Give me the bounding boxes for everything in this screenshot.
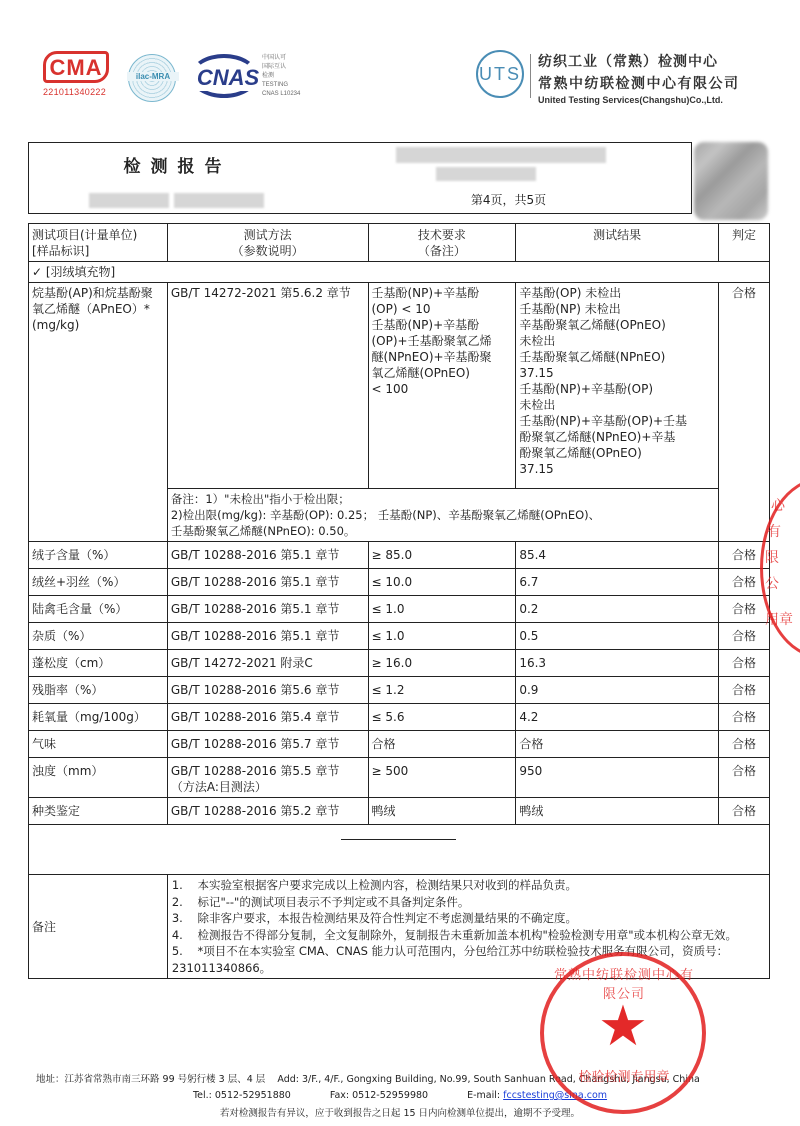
table-header-row: 测试项目(计量单位) [样品标识] 测试方法 （参数说明） 技术要求 （备注） … <box>29 224 770 262</box>
cell-method: GB/T 10288-2016 第5.6 章节 <box>167 677 368 704</box>
table-row: 陆禽毛含量（%）GB/T 10288-2016 第5.1 章节≤ 1.00.2合… <box>29 596 770 623</box>
cell-requirement: ≥ 500 <box>368 758 516 798</box>
end-of-results-cell <box>29 825 770 875</box>
cell-method: GB/T 10288-2016 第5.1 章节 <box>167 596 368 623</box>
cell-result: 合格 <box>516 731 719 758</box>
cell-verdict: 合格 <box>719 758 770 798</box>
cell-verdict: 合格 <box>719 569 770 596</box>
cell-requirement: 壬基酚(NP)+辛基酚 (OP) < 10 壬基酚(NP)+辛基酚 (OP)+壬… <box>368 283 516 489</box>
cell-result: 950 <box>516 758 719 798</box>
section-row: ✓ [羽绒填充物] <box>29 262 770 283</box>
table-row: 杂质（%）GB/T 10288-2016 第5.1 章节≤ 1.00.5合格 <box>29 623 770 650</box>
uts-logo: UTS <box>476 50 524 98</box>
organization-name: 纺织工业（常熟）检测中心 常熟中纺联检测中心有限公司 United Testin… <box>538 51 740 105</box>
cma-logo: CMA 221011340222 <box>43 51 113 97</box>
cnas-label: CNAS <box>186 65 270 91</box>
table-row: 耗氧量（mg/100g）GB/T 10288-2016 第5.4 章节≤ 5.6… <box>29 704 770 731</box>
table-row: 气味GB/T 10288-2016 第5.7 章节合格合格合格 <box>29 731 770 758</box>
cell-method: GB/T 10288-2016 第5.1 章节 <box>167 569 368 596</box>
fax: Fax: 0512-52959980 <box>330 1090 428 1101</box>
tel: Tel.: 0512-52951880 <box>193 1090 291 1101</box>
cnas-caption-line: 中国认可 <box>262 54 300 63</box>
cell-method: GB/T 10288-2016 第5.7 章节 <box>167 731 368 758</box>
cell-verdict: 合格 <box>719 704 770 731</box>
cell-item: 蓬松度（cm） <box>29 650 168 677</box>
cell-item: 杂质（%） <box>29 623 168 650</box>
stamp-char: 心 <box>771 495 785 515</box>
cell-requirement: 鸭绒 <box>368 798 516 825</box>
cell-requirement: ≥ 85.0 <box>368 542 516 569</box>
table-row: 蓬松度（cm）GB/T 14272-2021 附录C≥ 16.016.3合格 <box>29 650 770 677</box>
section-title: ✓ [羽绒填充物] <box>29 262 770 283</box>
remark-item: 5. *项目不在本实验室 CMA、CNAS 能力认可范围内，分包给江苏中纺联检验… <box>172 943 765 976</box>
cell-method: GB/T 10288-2016 第5.1 章节 <box>167 623 368 650</box>
apeo-note: 备注：1）"未检出"指小于检出限； 2)检出限(mg/kg): 辛基酚(OP):… <box>167 489 718 542</box>
report-title: 检测报告 <box>29 143 326 186</box>
org-name-en: United Testing Services(Changshu)Co.,Ltd… <box>538 95 740 105</box>
table-row: 残脂率（%）GB/T 10288-2016 第5.6 章节≤ 1.20.9合格 <box>29 677 770 704</box>
cell-requirement: ≤ 1.2 <box>368 677 516 704</box>
address-cn: 地址：江苏省常熟市南三环路 99 号躬行楼 3 层、4 层 <box>36 1074 265 1085</box>
table-row: 种类鉴定GB/T 10288-2016 第5.2 章节鸭绒鸭绒合格 <box>29 798 770 825</box>
org-name-cn-2: 常熟中纺联检测中心有限公司 <box>538 73 740 93</box>
table-row: 浊度（mm）GB/T 10288-2016 第5.5 章节 （方法A:目测法）≥… <box>29 758 770 798</box>
redacted-qr-code <box>694 142 768 220</box>
cell-requirement: ≤ 1.0 <box>368 623 516 650</box>
cell-requirement: ≤ 10.0 <box>368 569 516 596</box>
cell-item: 绒丝+羽丝（%） <box>29 569 168 596</box>
remark-item: 4. 检测报告不得部分复制，全文复制除外，复制报告未重新加盖本机构"检验检测专用… <box>172 927 765 944</box>
remark-item: 3. 除非客户要求，本报告检测结果及符合性判定不考虑测量结果的不确定度。 <box>172 910 765 927</box>
cell-item: 耗氧量（mg/100g） <box>29 704 168 731</box>
header-requirement: 技术要求 （备注） <box>368 224 516 262</box>
end-divider <box>341 839 456 840</box>
cell-result: 0.5 <box>516 623 719 650</box>
header-test-item: 测试项目(计量单位) [样品标识] <box>29 224 168 262</box>
cell-verdict: 合格 <box>719 596 770 623</box>
ilac-label: ilac-MRA <box>127 72 179 81</box>
redacted-report-number <box>326 143 691 186</box>
cell-item: 陆禽毛含量（%） <box>29 596 168 623</box>
cell-item: 种类鉴定 <box>29 798 168 825</box>
cnas-caption-line: TESTING <box>262 81 300 90</box>
cma-number: 221011340222 <box>43 87 113 97</box>
remark-item: 2. 标记"--"的测试项目表示不予判定或不具备判定条件。 <box>172 894 765 911</box>
cell-verdict: 合格 <box>719 542 770 569</box>
cell-method: GB/T 10288-2016 第5.4 章节 <box>167 704 368 731</box>
cma-mark: CMA <box>43 51 109 83</box>
cell-result: 85.4 <box>516 542 719 569</box>
header-logos: CMA 221011340222 ilac-MRA CNAS 中国认可 国际互认… <box>40 46 780 116</box>
cnas-caption-line: 国际互认 <box>262 63 300 72</box>
cell-method: GB/T 10288-2016 第5.2 章节 <box>167 798 368 825</box>
page-indicator: 第4页，共5页 <box>326 186 691 213</box>
end-of-results-row <box>29 825 770 875</box>
cell-requirement: ≥ 16.0 <box>368 650 516 677</box>
report-title-block: 检测报告 第4页，共5页 <box>28 142 692 214</box>
remarks-row: 备注1. 本实验室根据客户要求完成以上检测内容，检测结果只对收到的样品负责。2.… <box>29 875 770 979</box>
email-link[interactable]: fccstesting@sina.com <box>503 1090 607 1101</box>
cell-verdict: 合格 <box>719 731 770 758</box>
cell-verdict: 合格 <box>719 623 770 650</box>
email-label: E-mail: <box>467 1090 503 1101</box>
org-name-cn-1: 纺织工业（常熟）检测中心 <box>538 51 740 71</box>
remarks-label: 备注 <box>29 875 168 979</box>
star-icon: ★ <box>588 992 658 1062</box>
cell-verdict: 合格 <box>719 650 770 677</box>
header-result: 测试结果 <box>516 224 719 262</box>
cnas-logo: CNAS <box>190 54 258 98</box>
cell-item: 浊度（mm） <box>29 758 168 798</box>
cell-verdict: 合格 <box>719 798 770 825</box>
cell-item: 绒子含量（%） <box>29 542 168 569</box>
cell-result: 辛基酚(OP) 未检出 壬基酚(NP) 未检出 辛基酚聚氧乙烯醚(OPnEO) … <box>516 283 719 489</box>
redacted-sample-id <box>29 186 326 213</box>
table-row-apeo: 烷基酚(AP)和烷基酚聚氧乙烯醚（APnEO）*(mg/kg) GB/T 142… <box>29 283 770 489</box>
results-table: 测试项目(计量单位) [样品标识] 测试方法 （参数说明） 技术要求 （备注） … <box>28 223 770 979</box>
uts-label: UTS <box>478 64 522 85</box>
table-row: 绒子含量（%）GB/T 10288-2016 第5.1 章节≥ 85.085.4… <box>29 542 770 569</box>
ilac-mra-logo: ilac-MRA <box>128 54 176 102</box>
cell-item: 烷基酚(AP)和烷基酚聚氧乙烯醚（APnEO）*(mg/kg) <box>29 283 168 542</box>
remarks-list: 1. 本实验室根据客户要求完成以上检测内容，检测结果只对收到的样品负责。2. 标… <box>167 875 769 979</box>
cell-result: 6.7 <box>516 569 719 596</box>
cell-method: GB/T 10288-2016 第5.1 章节 <box>167 542 368 569</box>
cell-result: 0.2 <box>516 596 719 623</box>
cnas-caption-line: 检测 <box>262 72 300 81</box>
cell-verdict: 合格 <box>719 677 770 704</box>
objection-notice: 若对检测报告有异议，应于收到报告之日起 15 日内向检测单位提出，逾期不予受理。 <box>0 1105 800 1119</box>
cell-requirement: ≤ 1.0 <box>368 596 516 623</box>
cell-method: GB/T 10288-2016 第5.5 章节 （方法A:目测法） <box>167 758 368 798</box>
footer-contacts: Tel.: 0512-52951880 Fax: 0512-52959980 E… <box>0 1090 800 1101</box>
cell-result: 16.3 <box>516 650 719 677</box>
cell-item: 残脂率（%） <box>29 677 168 704</box>
header-verdict: 判定 <box>719 224 770 262</box>
footer-address: 地址：江苏省常熟市南三环路 99 号躬行楼 3 层、4 层 Add: 3/F.,… <box>0 1071 800 1085</box>
footer: 地址：江苏省常熟市南三环路 99 号躬行楼 3 层、4 层 Add: 3/F.,… <box>0 1071 800 1119</box>
cell-result: 鸭绒 <box>516 798 719 825</box>
cell-result: 4.2 <box>516 704 719 731</box>
email-block: E-mail: fccstesting@sina.com <box>467 1090 607 1101</box>
header-test-method: 测试方法 （参数说明） <box>167 224 368 262</box>
cell-requirement: 合格 <box>368 731 516 758</box>
cell-item: 气味 <box>29 731 168 758</box>
table-row: 绒丝+羽丝（%）GB/T 10288-2016 第5.1 章节≤ 10.06.7… <box>29 569 770 596</box>
logo-divider <box>530 54 531 98</box>
cell-verdict: 合格 <box>719 283 770 542</box>
cell-result: 0.9 <box>516 677 719 704</box>
address-en: Add: 3/F., 4/F., Gongxing Building, No.9… <box>277 1074 699 1085</box>
cell-requirement: ≤ 5.6 <box>368 704 516 731</box>
cnas-caption: 中国认可 国际互认 检测 TESTING CNAS L10234 <box>262 54 300 99</box>
remark-item: 1. 本实验室根据客户要求完成以上检测内容，检测结果只对收到的样品负责。 <box>172 877 765 894</box>
cell-method: GB/T 14272-2021 第5.6.2 章节 <box>167 283 368 489</box>
cell-method: GB/T 14272-2021 附录C <box>167 650 368 677</box>
cnas-caption-line: CNAS L10234 <box>262 90 300 99</box>
